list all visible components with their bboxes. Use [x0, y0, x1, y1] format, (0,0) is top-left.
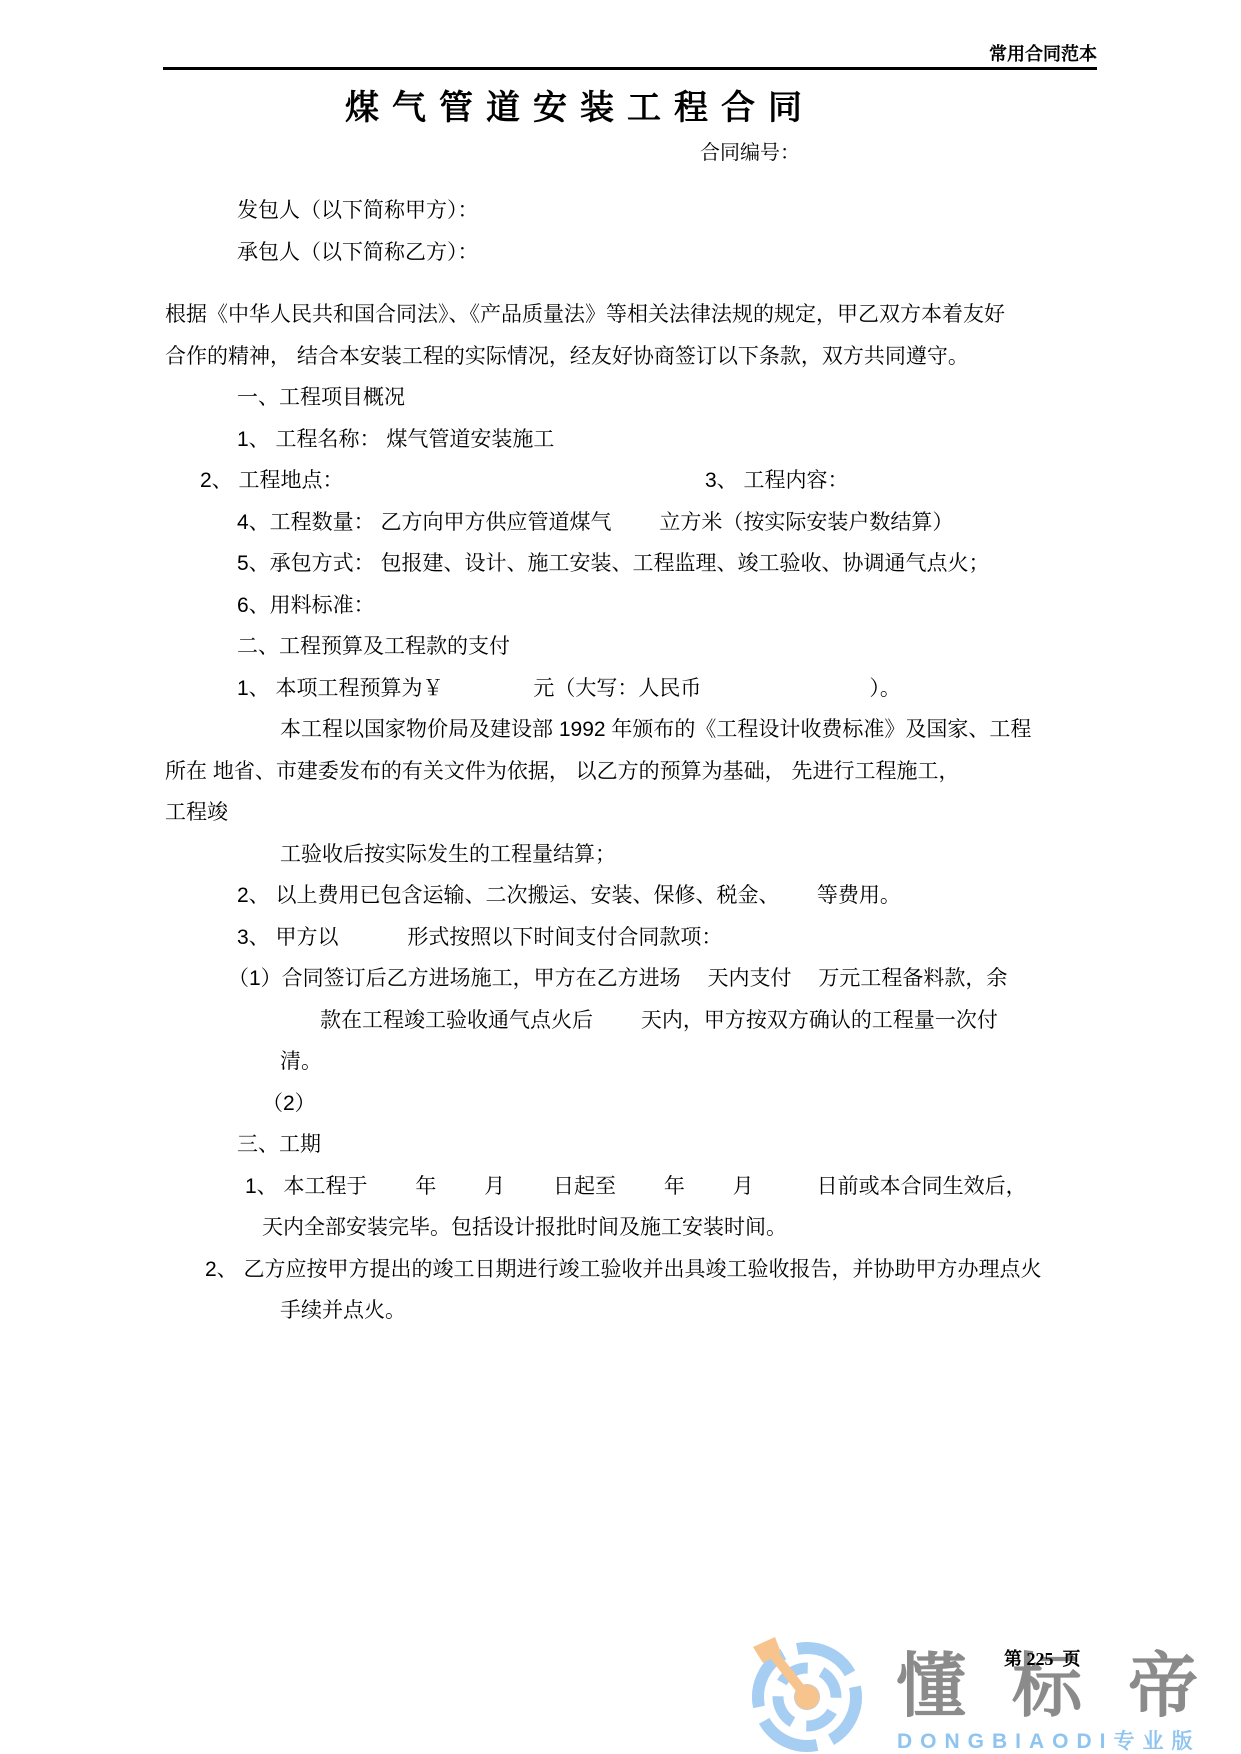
doc-line-left: 2、 工程地点： — [200, 469, 344, 492]
page-title: 煤气管道安装工程合同 — [165, 80, 995, 129]
doc-line: 手续并点火。 — [165, 1290, 1010, 1332]
doc-line: 天内全部安装完毕。包括设计报批时间及施工安装时间。 — [165, 1207, 1010, 1249]
doc-line: 5、承包方式： 包报建、设计、施工安装、工程监理、竣工验收、协调通气点火； — [165, 543, 1010, 585]
doc-line: 6、用料标准： — [165, 585, 1010, 627]
doc-line: 1、 本工程于 年 月 日起至 年 月 日前或本合同生效后， — [165, 1166, 1010, 1208]
doc-line: 三、工期 — [165, 1124, 1010, 1166]
watermark-brand-subtext: DONGBIAODI专业版 — [897, 1725, 1201, 1754]
contract-number-label: 合同编号： — [700, 136, 800, 165]
doc-line: 清。 — [165, 1041, 1010, 1083]
doc-line: 工验收后按实际发生的工程量结算； — [165, 834, 1010, 876]
doc-line: （2） — [165, 1083, 1010, 1125]
doc-line: 合作的精神， 结合本安装工程的实际情况，经友好协商签订以下条款，双方共同遵守。 — [165, 336, 1010, 378]
doc-line: （1）合同签订后乙方进场施工，甲方在乙方进场 天内支付 万元工程备料款，余 — [165, 958, 1010, 1000]
doc-line: 款在工程竣工验收通气点火后 天内，甲方按双方确认的工程量一次付 — [165, 1000, 1010, 1042]
document-body: 发包人（以下简称甲方）：承包人（以下简称乙方）：根据《中华人民共和国合同法》、《… — [165, 190, 1010, 1332]
doc-line: 3、 甲方以 形式按照以下时间支付合同款项： — [165, 917, 1010, 959]
header-rule — [163, 67, 1097, 70]
dart-target-logo-icon — [745, 1637, 877, 1754]
doc-line: 2、 工程地点：3、 工程内容： — [165, 460, 1010, 502]
doc-line: 工程竣 — [165, 792, 1010, 834]
doc-line: 根据《中华人民共和国合同法》、《产品质量法》等相关法律法规的规定，甲乙双方本着友… — [165, 294, 1010, 336]
doc-line: 2、 乙方应按甲方提出的竣工日期进行竣工验收并出具竣工验收报告，并协助甲方办理点… — [165, 1249, 1010, 1291]
doc-line: 承包人（以下简称乙方）： — [165, 232, 1010, 274]
doc-line: 4、工程数量： 乙方向甲方供应管道煤气 立方米（按实际安装户数结算） — [165, 502, 1010, 544]
header-label: 常用合同范本 — [0, 40, 1097, 66]
document-page: 常用合同范本 煤气管道安装工程合同 合同编号： 发包人（以下简称甲方）：承包人（… — [0, 0, 1241, 1754]
doc-line: 一、工程项目概况 — [165, 377, 1010, 419]
doc-line: 发包人（以下简称甲方）： — [165, 190, 1010, 232]
doc-line: 2、 以上费用已包含运输、二次搬运、安装、保修、税金、 等费用。 — [165, 875, 1010, 917]
doc-line: 1、 本项工程预算为￥ 元（大写：人民币 ）。 — [165, 668, 1010, 710]
doc-line-right: 3、 工程内容： — [705, 460, 849, 502]
doc-line: 本工程以国家物价局及建设部 1992 年颁布的《工程设计收费标准》及国家、工程 — [165, 709, 1010, 751]
doc-line: 所在 地省、市建委发布的有关文件为依据， 以乙方的预算为基础， 先进行工程施工， — [165, 751, 1010, 793]
page-number: 第 225 页 — [1004, 1645, 1081, 1671]
doc-line: 1、 工程名称： 煤气管道安装施工 — [165, 419, 1010, 461]
doc-line: 二、工程预算及工程款的支付 — [165, 626, 1010, 668]
